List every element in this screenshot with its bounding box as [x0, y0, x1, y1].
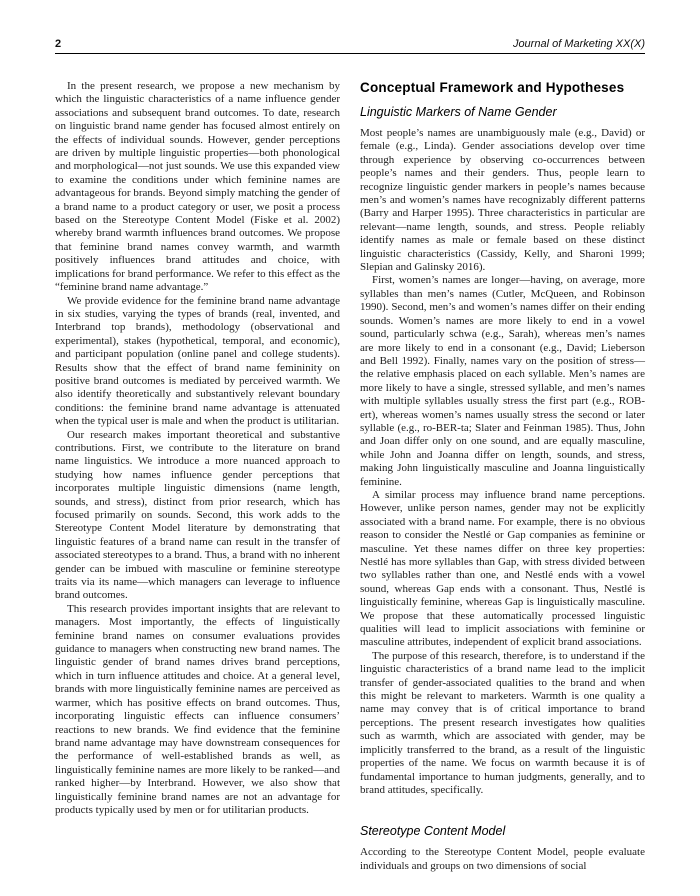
section-heading-conceptual-framework: Conceptual Framework and Hypotheses — [360, 80, 645, 95]
subsection-heading-linguistic-markers: Linguistic Markers of Name Gender — [360, 105, 645, 119]
subsection-heading-stereotype-content-model: Stereotype Content Model — [360, 824, 645, 838]
right-column: Conceptual Framework and Hypotheses Ling… — [360, 80, 645, 873]
paragraph: We provide evidence for the feminine bra… — [55, 295, 340, 429]
paragraph: The purpose of this research, therefore,… — [360, 650, 645, 797]
journal-running-title: Journal of Marketing XX(X) — [513, 38, 645, 50]
paragraph: First, women’s names are longer—having, … — [360, 274, 645, 489]
paragraph: This research provides important insight… — [55, 603, 340, 818]
paragraph: A similar process may influence brand na… — [360, 489, 645, 650]
paragraph: Our research makes important theoretical… — [55, 429, 340, 603]
journal-page: 2 Journal of Marketing XX(X) In the pres… — [0, 0, 700, 896]
paragraph: Most people’s names are unambiguously ma… — [360, 127, 645, 274]
left-column: In the present research, we propose a ne… — [55, 80, 340, 873]
paragraph: In the present research, we propose a ne… — [55, 80, 340, 295]
paragraph: According to the Stereotype Content Mode… — [360, 846, 645, 873]
page-number: 2 — [55, 38, 61, 50]
header-rule — [55, 53, 645, 54]
article-body: In the present research, we propose a ne… — [55, 80, 645, 873]
page-header: 2 Journal of Marketing XX(X) — [55, 38, 645, 53]
